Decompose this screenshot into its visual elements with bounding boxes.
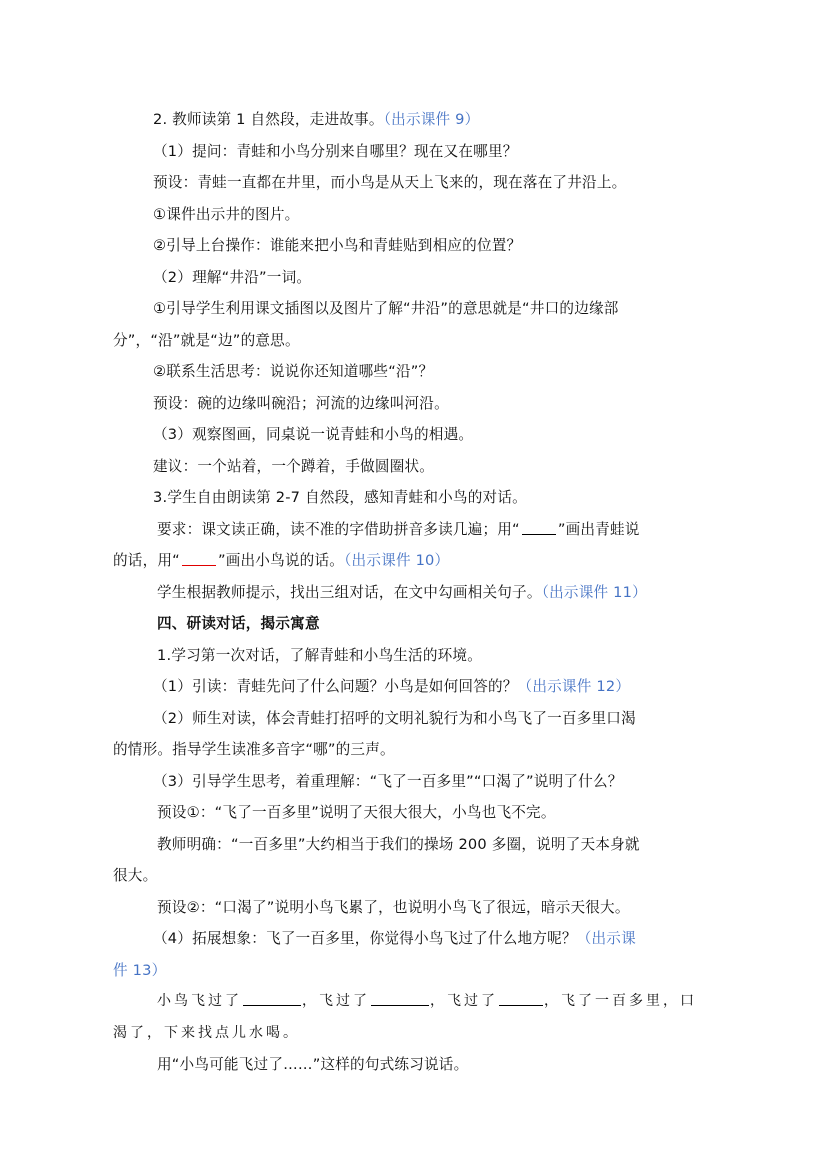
question-2: （2）理解“井沿”一词。 bbox=[113, 262, 705, 294]
preset-2: 预设②：“口渴了”说明小鸟飞累了，也说明小鸟飞了很远，暗示天很大。 bbox=[113, 892, 705, 924]
continuation-4: 件 13） bbox=[113, 955, 705, 987]
sub-step-1: ①课件出示井的图片。 bbox=[113, 199, 705, 231]
underline-sample-red bbox=[182, 551, 216, 566]
guided-thinking: （3）引导学生思考，着重理解：“飞了一百多里”“口渴了”说明了什么？ bbox=[113, 766, 705, 798]
sub-step-2b: ②联系生活思考：说说你还知道哪些“沿”？ bbox=[113, 356, 705, 388]
underline-sample-black bbox=[522, 520, 556, 535]
requirement-continued: 的话，用“”画出小鸟说的话。（出示课件 10） bbox=[113, 545, 705, 577]
document-page: 2. 教师读第 1 自然段，走进故事。（出示课件 9） （1）提问：青蛙和小鸟分… bbox=[113, 104, 705, 1081]
student-task: 学生根据教师提示，找出三组对话，在文中勾画相关句子。（出示课件 11） bbox=[113, 577, 705, 609]
question-1: （1）提问：青蛙和小鸟分别来自哪里？现在又在哪里？ bbox=[113, 136, 705, 168]
fill-blank-3 bbox=[499, 991, 543, 1006]
step-1: 1.学习第一次对话，了解青蛙和小鸟生活的环境。 bbox=[113, 640, 705, 672]
suggestion: 建议：一个站着，一个蹲着，手做圆圈状。 bbox=[113, 451, 705, 483]
sub-step-2: ②引导上台操作：谁能来把小鸟和青蛙贴到相应的位置？ bbox=[113, 230, 705, 262]
dialogue-reading: （2）师生对读，体会青蛙打招呼的文明礼貌行为和小鸟飞了一百多里口渴 bbox=[113, 703, 705, 735]
sub-step-1b: ①引导学生利用课文插图以及图片了解“井沿”的意思就是“井口的边缘部 bbox=[113, 293, 705, 325]
courseware-ref-11: （出示课件 11） bbox=[542, 584, 647, 601]
section-heading-4: 四、研读对话，揭示寓意 bbox=[113, 608, 705, 640]
fill-blank-2 bbox=[371, 991, 429, 1006]
preset-answer-2: 预设：碗的边缘叫碗沿；河流的边缘叫河沿。 bbox=[113, 388, 705, 420]
question-3: （3）观察图画，同桌说一说青蛙和小鸟的相遇。 bbox=[113, 419, 705, 451]
courseware-ref-13: （出示课 bbox=[577, 930, 636, 947]
courseware-ref-10: （出示课件 10） bbox=[344, 552, 449, 569]
teacher-clarify: 教师明确：“一百多里”大约相当于我们的操场 200 多圈，说明了天本身就 bbox=[113, 829, 705, 861]
sentence-practice: 用“小鸟可能飞过了……”这样的句式练习说话。 bbox=[113, 1049, 705, 1081]
fill-in-sentence: 小鸟飞过了，飞过了，飞过了，飞了一百多里，口 bbox=[113, 986, 705, 1018]
continuation-3: 很大。 bbox=[113, 860, 705, 892]
courseware-ref-12: （出示课件 12） bbox=[518, 678, 631, 695]
step-3: 3.学生自由朗读第 2-7 自然段，感知青蛙和小鸟的对话。 bbox=[113, 482, 705, 514]
continuation: 分”，“沿”就是“边”的意思。 bbox=[113, 325, 705, 357]
paragraph-step-2: 2. 教师读第 1 自然段，走进故事。（出示课件 9） bbox=[113, 104, 705, 136]
requirement: 要求：课文读正确，读不准的字借助拼音多读几遍；用“”画出青蛙说 bbox=[113, 514, 705, 546]
continuation-2: 的情形。指导学生读准多音字“哪”的三声。 bbox=[113, 734, 705, 766]
fill-blank-1 bbox=[243, 991, 301, 1006]
courseware-ref-9: （出示课件 9） bbox=[384, 111, 480, 128]
fill-in-continued: 渴了，下来找点儿水喝。 bbox=[113, 1018, 705, 1050]
imagination: （4）拓展想象：飞了一百多里，你觉得小鸟飞过了什么地方呢？（出示课 bbox=[113, 923, 705, 955]
preset-answer: 预设：青蛙一直都在井里，而小鸟是从天上飞来的，现在落在了井沿上。 bbox=[113, 167, 705, 199]
guided-reading: （1）引读：青蛙先问了什么问题？小鸟是如何回答的？（出示课件 12） bbox=[113, 671, 705, 703]
preset-1: 预设①：“飞了一百多里”说明了天很大很大，小鸟也飞不完。 bbox=[113, 797, 705, 829]
